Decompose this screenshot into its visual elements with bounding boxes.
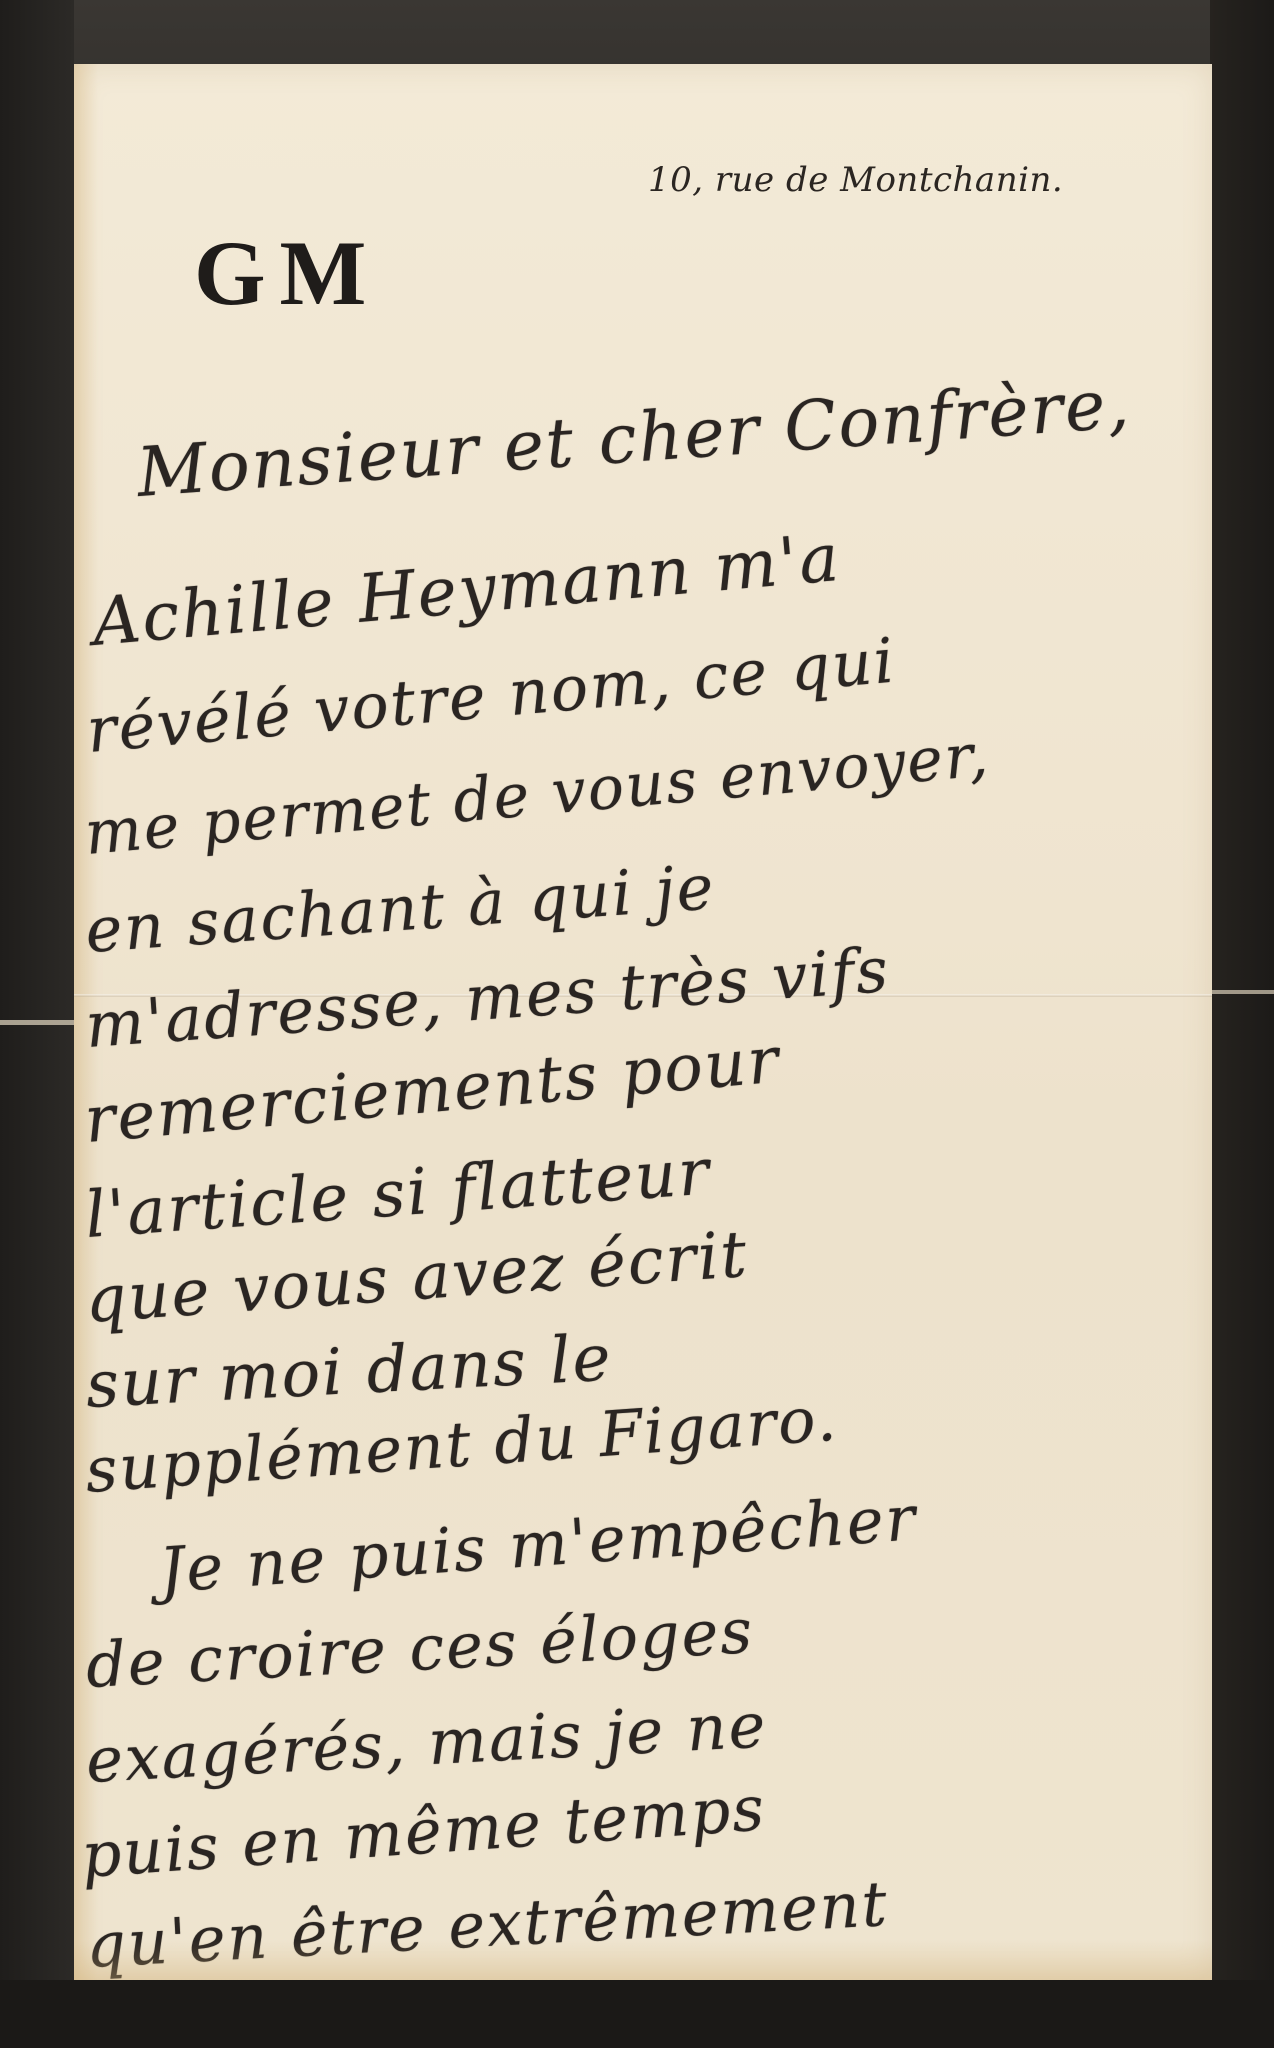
letter-line: qu'en être extrêmement	[84, 1867, 890, 1982]
fold-mark-right	[1212, 990, 1274, 994]
backdrop-top	[0, 0, 1274, 70]
letter-line: Monsieur et cher Confrère,	[134, 365, 1133, 513]
letter-line: en sachant à qui je	[83, 850, 718, 967]
letter-line: Je ne puis m'empêcher	[157, 1481, 919, 1607]
letter-paper: 10, rue de Montchanin. GM Monsieur et ch…	[74, 64, 1212, 1980]
handwritten-body: Monsieur et cher Confrère, Achille Heyma…	[74, 64, 1212, 1980]
fold-mark-left	[0, 1020, 74, 1025]
backdrop-right	[1210, 0, 1274, 2048]
letter-line: de croire ces éloges	[84, 1594, 756, 1702]
backdrop-bottom	[0, 1980, 1274, 2048]
